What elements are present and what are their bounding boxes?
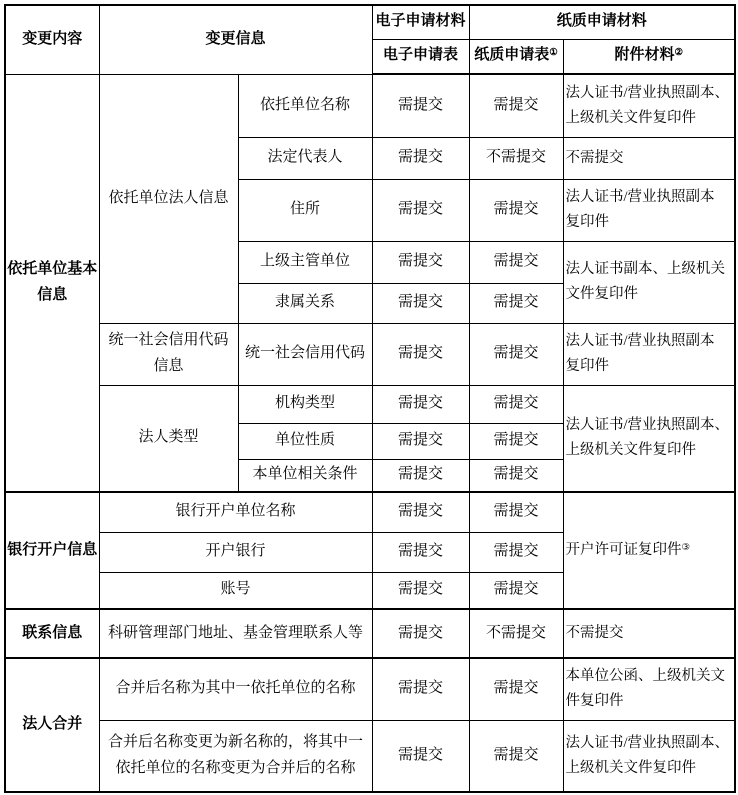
paper-cell: 需提交 xyxy=(469,241,563,283)
item-cell: 住所 xyxy=(238,179,372,241)
group-cell-legal-person-type: 法人类型 xyxy=(99,385,238,492)
section-cell-contact-info: 联系信息 xyxy=(5,609,99,658)
attachment-cell: 法人证书/营业执照副本 复印件 xyxy=(563,179,735,241)
group-cell-legal-person-info: 依托单位法人信息 xyxy=(99,74,238,323)
header-electronic-form: 电子申请表 xyxy=(372,39,469,74)
item-cell: 账号 xyxy=(99,572,372,609)
table-row: 银行开户信息 银行开户单位名称 需提交 需提交 开户许可证复印件③ xyxy=(5,492,735,532)
paper-cell: 不需提交 xyxy=(469,137,563,179)
paper-form-footnote-mark: ① xyxy=(549,48,558,58)
table-row: 法人合并 合并后名称为其中一依托单位的名称 需提交 需提交 本单位公函、上级机关… xyxy=(5,658,735,720)
attachment-cell: 法人证书副本、上级机关 文件复印件 xyxy=(563,241,735,323)
header-change-info: 变更信息 xyxy=(99,5,372,74)
attachment-text: 开户许可证复印件 xyxy=(566,542,682,558)
table-row: 统一社会信用代码 信息 统一社会信用代码 需提交 需提交 法人证书/营业执照副本… xyxy=(5,323,735,385)
paper-cell: 需提交 xyxy=(469,179,563,241)
electronic-cell: 需提交 xyxy=(372,532,469,572)
header-paper-form-label: 纸质申请表 xyxy=(474,47,549,63)
item-cell: 单位性质 xyxy=(238,423,372,459)
electronic-cell: 需提交 xyxy=(372,492,469,532)
header-paper-materials: 纸质申请材料 xyxy=(469,5,735,39)
electronic-cell: 需提交 xyxy=(372,385,469,423)
item-cell: 开户银行 xyxy=(99,532,372,572)
paper-cell: 需提交 xyxy=(469,720,563,792)
electronic-cell: 需提交 xyxy=(372,459,469,492)
paper-cell: 需提交 xyxy=(469,459,563,492)
attachment-cell: 法人证书/营业执照副本、 上级机关文件复印件 xyxy=(563,74,735,137)
header-electronic-materials: 电子申请材料 xyxy=(372,5,469,39)
attachment-cell: 法人证书/营业执照副本、 上级机关文件复印件 xyxy=(563,385,735,492)
paper-cell: 需提交 xyxy=(469,423,563,459)
electronic-cell: 需提交 xyxy=(372,423,469,459)
table-row: 合并后名称变更为新名称的，将其中一 依托单位的名称变更为合并后的名称 需提交 需… xyxy=(5,720,735,792)
attachment-cell: 不需提交 xyxy=(563,609,735,658)
section-cell-bank-account-info: 银行开户信息 xyxy=(5,492,99,609)
paper-cell: 需提交 xyxy=(469,658,563,720)
item-cell: 机构类型 xyxy=(238,385,372,423)
section-cell-basic-info: 依托单位基本 信息 xyxy=(5,74,99,492)
bank-permit-footnote-mark: ③ xyxy=(682,543,691,553)
change-materials-table: 变更内容 变更信息 电子申请材料 纸质申请材料 电子申请表 纸质申请表① 附件材… xyxy=(4,4,736,793)
item-cell: 依托单位名称 xyxy=(238,74,372,137)
header-attachment-label: 附件材料 xyxy=(615,47,675,63)
attachment-cell: 本单位公函、上级机关文 件复印件 xyxy=(563,658,735,720)
paper-cell: 需提交 xyxy=(469,283,563,323)
attachment-cell: 法人证书/营业执照副本 复印件 xyxy=(563,323,735,385)
attachment-footnote-mark: ② xyxy=(675,48,684,58)
group-cell-credit-code-info: 统一社会信用代码 信息 xyxy=(99,323,238,385)
table-row: 依托单位基本 信息 依托单位法人信息 依托单位名称 需提交 需提交 法人证书/营… xyxy=(5,74,735,137)
item-cell: 上级主管单位 xyxy=(238,241,372,283)
paper-cell: 需提交 xyxy=(469,323,563,385)
paper-cell: 需提交 xyxy=(469,532,563,572)
paper-cell: 需提交 xyxy=(469,74,563,137)
header-paper-form: 纸质申请表① xyxy=(469,39,563,74)
section-cell-legal-person-merge: 法人合并 xyxy=(5,658,99,792)
header-change-content: 变更内容 xyxy=(5,5,99,74)
electronic-cell: 需提交 xyxy=(372,720,469,792)
electronic-cell: 需提交 xyxy=(372,74,469,137)
item-cell: 隶属关系 xyxy=(238,283,372,323)
header-attachment: 附件材料② xyxy=(563,39,735,74)
table-row: 联系信息 科研管理部门地址、基金管理联系人等 需提交 不需提交 不需提交 xyxy=(5,609,735,658)
table-row: 法人类型 机构类型 需提交 需提交 法人证书/营业执照副本、 上级机关文件复印件 xyxy=(5,385,735,423)
item-cell: 本单位相关条件 xyxy=(238,459,372,492)
item-cell: 银行开户单位名称 xyxy=(99,492,372,532)
electronic-cell: 需提交 xyxy=(372,323,469,385)
paper-cell: 需提交 xyxy=(469,492,563,532)
item-cell: 科研管理部门地址、基金管理联系人等 xyxy=(99,609,372,658)
paper-cell: 需提交 xyxy=(469,385,563,423)
item-cell: 合并后名称为其中一依托单位的名称 xyxy=(99,658,372,720)
electronic-cell: 需提交 xyxy=(372,137,469,179)
paper-cell: 需提交 xyxy=(469,572,563,609)
electronic-cell: 需提交 xyxy=(372,283,469,323)
attachment-cell: 法人证书/营业执照副本、 上级机关文件复印件 xyxy=(563,720,735,792)
item-cell: 法定代表人 xyxy=(238,137,372,179)
attachment-cell: 开户许可证复印件③ xyxy=(563,492,735,609)
attachment-cell: 不需提交 xyxy=(563,137,735,179)
electronic-cell: 需提交 xyxy=(372,572,469,609)
electronic-cell: 需提交 xyxy=(372,658,469,720)
electronic-cell: 需提交 xyxy=(372,609,469,658)
item-cell: 统一社会信用代码 xyxy=(238,323,372,385)
electronic-cell: 需提交 xyxy=(372,241,469,283)
paper-cell: 不需提交 xyxy=(469,609,563,658)
item-cell: 合并后名称变更为新名称的，将其中一 依托单位的名称变更为合并后的名称 xyxy=(99,720,372,792)
electronic-cell: 需提交 xyxy=(372,179,469,241)
